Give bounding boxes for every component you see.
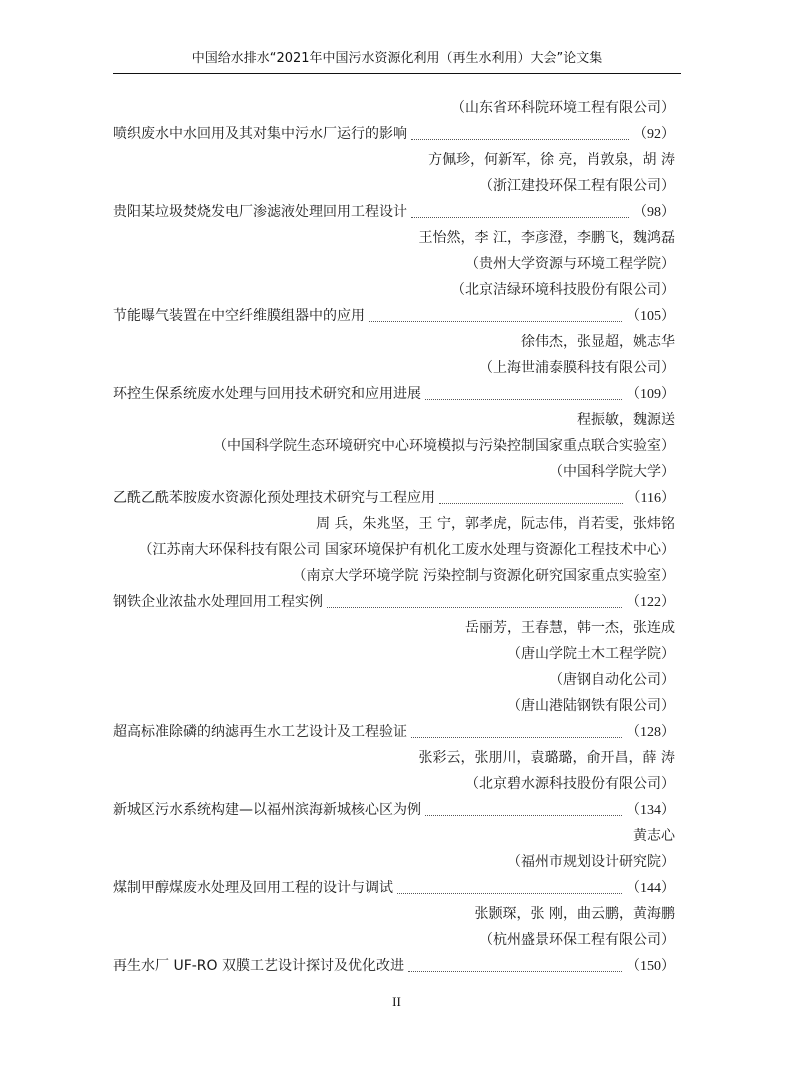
toc-authors: 徐伟杰，张显超，姚志华 [113,329,675,355]
dot-leader [327,606,622,608]
affiliation-text: （上海世浦泰膜科技有限公司） [479,360,675,376]
toc-entry[interactable]: 乙酰乙酰苯胺废水资源化预处理技术研究与工程应用（116） [113,485,675,511]
affiliation-text: （杭州盛景环保工程有限公司） [479,932,675,948]
affiliation-text: （南京大学环境学院 污染控制与资源化研究国家重点实验室） [293,568,675,584]
authors-text: 黄志心 [633,828,675,844]
dot-leader [369,320,622,322]
dot-leader [425,398,622,400]
toc-authors: 周 兵，朱兆坚，王 宁，郭孝虎，阮志伟，肖若雯，张炜铭 [113,511,675,537]
toc-entry[interactable]: 贵阳某垃圾焚烧发电厂渗滤液处理回用工程设计（98） [113,199,675,225]
dot-leader [439,502,623,504]
dot-leader [411,138,629,140]
entry-page: （105） [626,304,675,330]
toc-authors: 程振敏，魏源送 [113,407,675,433]
dot-leader [411,216,629,218]
toc-affiliation: （唐山学院土木工程学院） [113,641,675,667]
toc-affiliation: （中国科学院生态环境研究中心环境模拟与污染控制国家重点联合实验室） [113,433,675,459]
toc-entry[interactable]: 煤制甲醇煤废水处理及回用工程的设计与调试（144） [113,875,675,901]
page-number: II [0,994,793,1010]
toc-entry[interactable]: 再生水厂 UF-RO 双膜工艺设计探讨及优化改进（150） [113,953,675,979]
toc-affiliation: （上海世浦泰膜科技有限公司） [113,355,675,381]
toc-entry[interactable]: 钢铁企业浓盐水处理回用工程实例（122） [113,589,675,615]
entry-page: （122） [626,590,675,616]
toc-entry[interactable]: 喷织废水中水回用及其对集中污水厂运行的影响（92） [113,121,675,147]
authors-text: 周 兵，朱兆坚，王 宁，郭孝虎，阮志伟，肖若雯，张炜铭 [316,516,675,532]
dot-leader [411,736,622,738]
entry-title[interactable]: 新城区污水系统构建—以福州滨海新城核心区为例 [113,797,421,823]
entry-title[interactable]: 煤制甲醇煤废水处理及回用工程的设计与调试 [113,875,393,901]
toc-authors: 岳丽芳，王春慧，韩一杰，张连成 [113,615,675,641]
entry-page: （144） [626,876,675,902]
authors-text: 方佩珍，何新军，徐 亮，肖敦泉，胡 涛 [428,152,675,168]
toc-affiliation: （北京洁绿环境科技股份有限公司） [113,277,675,303]
toc-affiliation: （贵州大学资源与环境工程学院） [113,251,675,277]
affiliation-text: （唐山港陆钢铁有限公司） [507,698,675,714]
entry-page: （98） [633,200,675,226]
toc-entry[interactable]: 节能曝气装置在中空纤维膜组器中的应用（105） [113,303,675,329]
toc-authors: 张彩云，张朋川，袁璐璐，俞开昌，薛 涛 [113,745,675,771]
authors-text: 王怡然，李 江，李彦澄，李鹏飞，魏鸿磊 [419,230,675,246]
authors-text: 张彩云，张朋川，袁璐璐，俞开昌，薛 涛 [419,750,675,766]
toc-authors: 方佩珍，何新军，徐 亮，肖敦泉，胡 涛 [113,147,675,173]
toc-affiliation: （山东省环科院环境工程有限公司） [113,95,675,121]
authors-text: 张颢琛，张 刚，曲云鹏，黄海鹏 [475,906,675,922]
toc-authors: 黄志心 [113,823,675,849]
entry-page: （116） [627,486,675,512]
toc-affiliation: （浙江建投环保工程有限公司） [113,173,675,199]
affiliation-text: （中国科学院大学） [549,464,675,480]
affiliation-text: （江苏南大环保科技有限公司 国家环境保护有机化工废水处理与资源化工程技术中心） [139,542,675,558]
entry-page: （134） [626,798,675,824]
affiliation-text: （福州市规划设计研究院） [507,854,675,870]
entry-title[interactable]: 再生水厂 UF-RO 双膜工艺设计探讨及优化改进 [113,953,404,979]
dot-leader [425,814,622,816]
toc-affiliation: （北京碧水源科技股份有限公司） [113,771,675,797]
affiliation-text: （浙江建投环保工程有限公司） [479,178,675,194]
toc-affiliation: （唐钢自动化公司） [113,667,675,693]
running-header: 中国给水排水“2021年中国污水资源化利用（再生水利用）大会”论文集 [113,50,681,68]
affiliation-text: （贵州大学资源与环境工程学院） [465,256,675,272]
authors-text: 岳丽芳，王春慧，韩一杰，张连成 [465,620,675,636]
dot-leader [408,970,622,972]
affiliation-text: （山东省环科院环境工程有限公司） [451,100,675,116]
entry-page: （109） [626,382,675,408]
entry-title[interactable]: 喷织废水中水回用及其对集中污水厂运行的影响 [113,121,407,147]
header-rule [113,73,681,74]
table-of-contents: （山东省环科院环境工程有限公司） 喷织废水中水回用及其对集中污水厂运行的影响（9… [113,95,675,979]
toc-affiliation: （福州市规划设计研究院） [113,849,675,875]
dot-leader [397,892,622,894]
toc-authors: 王怡然，李 江，李彦澄，李鹏飞，魏鸿磊 [113,225,675,251]
authors-text: 徐伟杰，张显超，姚志华 [521,334,675,350]
entry-title[interactable]: 节能曝气装置在中空纤维膜组器中的应用 [113,303,365,329]
affiliation-text: （中国科学院生态环境研究中心环境模拟与污染控制国家重点联合实验室） [213,438,675,454]
toc-affiliation: （中国科学院大学） [113,459,675,485]
authors-text: 程振敏，魏源送 [577,412,675,428]
toc-affiliation: （江苏南大环保科技有限公司 国家环境保护有机化工废水处理与资源化工程技术中心） [113,537,675,563]
toc-affiliation: （杭州盛景环保工程有限公司） [113,927,675,953]
toc-affiliation: （唐山港陆钢铁有限公司） [113,693,675,719]
affiliation-text: （唐山学院土木工程学院） [507,646,675,662]
entry-title[interactable]: 环控生保系统废水处理与回用技术研究和应用进展 [113,381,421,407]
entry-page: （150） [626,954,675,980]
toc-authors: 张颢琛，张 刚，曲云鹏，黄海鹏 [113,901,675,927]
entry-page: （128） [626,720,675,746]
toc-affiliation: （南京大学环境学院 污染控制与资源化研究国家重点实验室） [113,563,675,589]
entry-title[interactable]: 贵阳某垃圾焚烧发电厂渗滤液处理回用工程设计 [113,199,407,225]
entry-title[interactable]: 超高标准除磷的纳滤再生水工艺设计及工程验证 [113,719,407,745]
affiliation-text: （北京洁绿环境科技股份有限公司） [451,282,675,298]
entry-title[interactable]: 乙酰乙酰苯胺废水资源化预处理技术研究与工程应用 [113,485,435,511]
affiliation-text: （北京碧水源科技股份有限公司） [465,776,675,792]
entry-page: （92） [633,122,675,148]
affiliation-text: （唐钢自动化公司） [549,672,675,688]
toc-entry[interactable]: 新城区污水系统构建—以福州滨海新城核心区为例（134） [113,797,675,823]
toc-entry[interactable]: 超高标准除磷的纳滤再生水工艺设计及工程验证（128） [113,719,675,745]
toc-entry[interactable]: 环控生保系统废水处理与回用技术研究和应用进展（109） [113,381,675,407]
entry-title[interactable]: 钢铁企业浓盐水处理回用工程实例 [113,589,323,615]
